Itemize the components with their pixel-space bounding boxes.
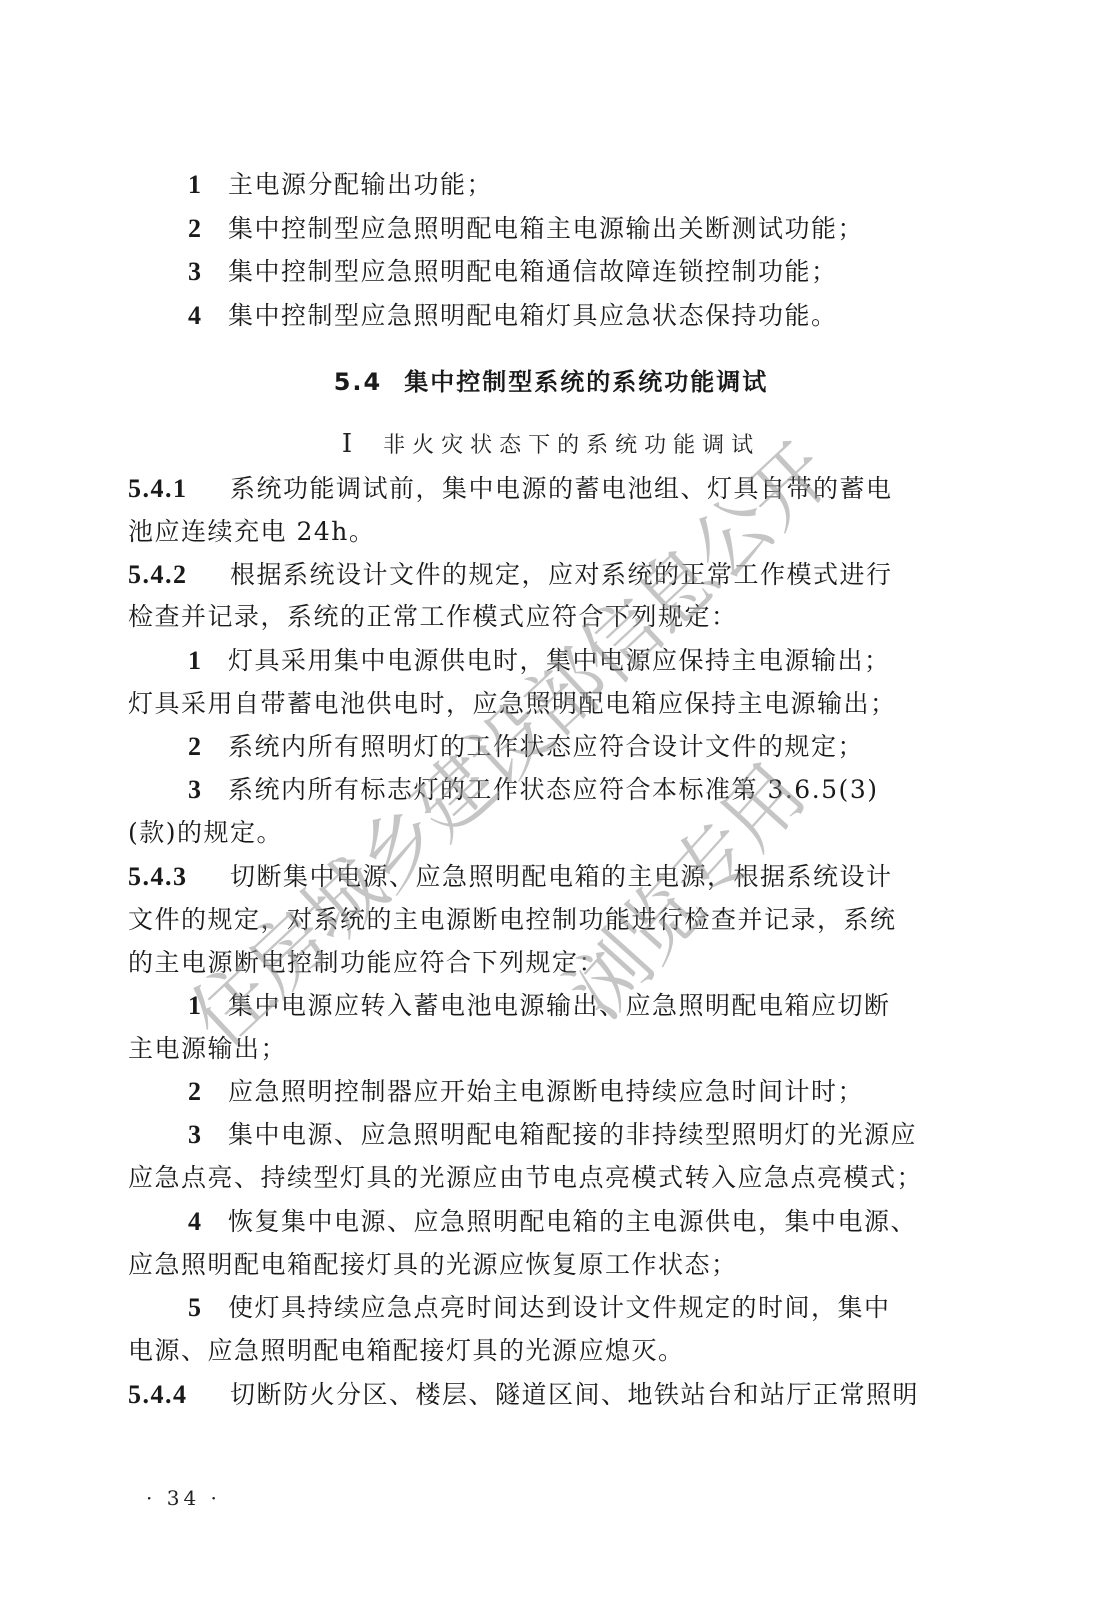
clause-text: 检查并记录，系统的正常工作模式应符合下列规定：: [128, 597, 928, 637]
clause-text: 的主电源断电控制功能应符合下列规定：: [128, 943, 928, 983]
clause-5-4-3: 5.4.3切断集中电源、应急照明配电箱的主电源，根据系统设计: [128, 857, 928, 897]
list-item-text: 应急点亮、持续型灯具的光源应由节电点亮模式转入应急点亮模式；: [128, 1158, 928, 1198]
list-item: 4集中控制型应急照明配电箱灯具应急状态保持功能。: [128, 296, 988, 336]
document-page: 1主电源分配输出功能； 2集中控制型应急照明配电箱主电源输出关断测试功能； 3集…: [0, 0, 1102, 1597]
clause-5-4-1: 5.4.1系统功能调试前，集中电源的蓄电池组、灯具自带的蓄电: [128, 469, 928, 509]
subsection-heading: Ⅰ非火灾状态下的系统功能调试: [0, 428, 1102, 459]
list-item: 3集中电源、应急照明配电箱配接的非持续型照明灯的光源应: [128, 1115, 988, 1155]
clause-text: 池应连续充电 24h。: [128, 512, 928, 552]
list-item: 1灯具采用集中电源供电时，集中电源应保持主电源输出；: [128, 641, 988, 681]
list-item: 2应急照明控制器应开始主电源断电持续应急时间计时；: [128, 1072, 988, 1112]
list-item: 1主电源分配输出功能；: [128, 165, 988, 205]
list-item-text: 灯具采用自带蓄电池供电时，应急照明配电箱应保持主电源输出；: [128, 684, 928, 724]
section-heading: 5.4集中控制型系统的系统功能调试: [0, 362, 1102, 397]
clause-text: 文件的规定，对系统的主电源断电控制功能进行检查并记录，系统: [128, 900, 928, 940]
list-item: 3系统内所有标志灯的工作状态应符合本标准第 3.6.5(3): [128, 770, 988, 810]
list-item: 3集中控制型应急照明配电箱通信故障连锁控制功能；: [128, 252, 988, 292]
list-item-text: 应急照明配电箱配接灯具的光源应恢复原工作状态；: [128, 1245, 928, 1285]
list-item: 2系统内所有照明灯的工作状态应符合设计文件的规定；: [128, 727, 988, 767]
clause-5-4-4: 5.4.4切断防火分区、楼层、隧道区间、地铁站台和站厅正常照明: [128, 1375, 928, 1415]
list-item-text: 主电源输出；: [128, 1029, 928, 1069]
clause-5-4-2: 5.4.2根据系统设计文件的规定，应对系统的正常工作模式进行: [128, 555, 928, 595]
list-item: 1集中电源应转入蓄电池电源输出、应急照明配电箱应切断: [128, 986, 988, 1026]
list-item: 2集中控制型应急照明配电箱主电源输出关断测试功能；: [128, 209, 988, 249]
page-number: · 34 ·: [146, 1486, 221, 1510]
list-item-text: 电源、应急照明配电箱配接灯具的光源应熄灭。: [128, 1331, 928, 1371]
list-item-text: (款)的规定。: [128, 813, 928, 853]
list-item: 4恢复集中电源、应急照明配电箱的主电源供电，集中电源、: [128, 1202, 988, 1242]
list-item: 5使灯具持续应急点亮时间达到设计文件规定的时间，集中: [128, 1288, 988, 1328]
